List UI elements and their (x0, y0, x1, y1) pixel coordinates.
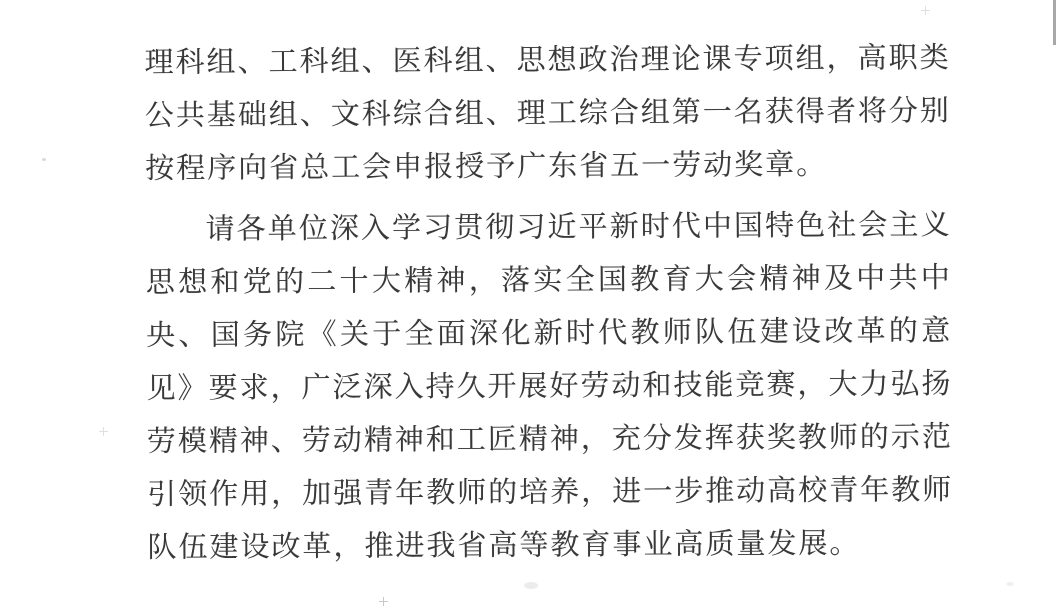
text-line: 队伍建设改革，推进我省高等教育事业高质量发展。 (147, 516, 953, 574)
text-line: 引领作用，加强青年教师的培养，进一步推动高校青年教师 (147, 463, 953, 521)
registration-mark (99, 427, 108, 436)
text-line: 劳模精神、劳动精神和工匠精神，充分发挥获奖教师的示范 (147, 410, 953, 468)
registration-mark (921, 6, 930, 15)
text-line: 央、国务院《关于全面深化新时代教师队伍建设改革的意 (146, 304, 952, 362)
text-line: 公共基础组、文科综合组、理工综合组第一名获得者将分别 (145, 84, 951, 142)
text-line: 请各单位深入学习贯彻习近平新时代中国特色社会主义 (145, 198, 951, 256)
scanned-document-page: 理科组、工科组、医科组、思想政治理论课专项组，高职类 公共基础组、文科综合组、理… (0, 0, 1057, 614)
scan-edge-artifact (1053, 0, 1056, 45)
text-line: 思想和党的二十大精神，落实全国教育大会精神及中共中 (146, 251, 952, 309)
document-text-block: 理科组、工科组、医科组、思想政治理论课专项组，高职类 公共基础组、文科综合组、理… (144, 31, 953, 574)
scan-speck (1006, 582, 1014, 586)
text-line: 见》要求，广泛深入持久开展好劳动和技能竞赛，大力弘扬 (146, 357, 952, 415)
scan-speck (42, 158, 46, 161)
scan-speck (524, 582, 538, 589)
text-line: 理科组、工科组、医科组、思想政治理论课专项组，高职类 (144, 31, 950, 89)
registration-mark (379, 597, 388, 606)
text-line: 按程序向省总工会申报授予广东省五一劳动奖章。 (145, 137, 951, 195)
